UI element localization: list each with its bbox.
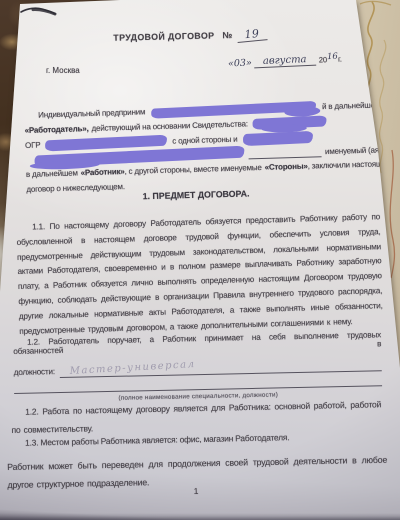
date-line: «03» августа 20 16 г.: [228, 53, 342, 70]
redaction-mark: [243, 130, 313, 145]
paper-sheet-wrap: ТРУДОВОЙ ДОГОВОР № 19 г. Москва «03» авг…: [0, 0, 400, 520]
intro-text: й в дальнейшем: [322, 100, 380, 111]
position-value-cell: Мастер-универсал: [60, 357, 382, 378]
photo-of-contract: ТРУДОВОЙ ДОГОВОР № 19 г. Москва «03» авг…: [0, 0, 400, 520]
intro-paragraph: Индивидуальный предприним й в дальнейшем…: [24, 97, 382, 197]
position-value-handwritten: Мастер-универсал: [70, 359, 196, 377]
date-year-suffix: г.: [338, 54, 342, 63]
redaction-mark: [151, 100, 316, 118]
intro-text: действующий на основании Свидетельства:: [91, 119, 248, 133]
paragraph-1-2-block: 1.2. Работодатель поручает, а Работник п…: [13, 330, 382, 404]
intro-text: Индивидуальный предприним: [38, 107, 145, 119]
blank-line: [248, 146, 321, 159]
intro-text-bold: «Работник»: [81, 167, 125, 177]
paragraph-1-1: 1.1. По настоящему договору Работодатель…: [16, 210, 383, 339]
position-line: должности: Мастер-универсал: [14, 357, 382, 379]
contract-title: ТРУДОВОЙ ДОГОВОР: [113, 30, 214, 42]
contract-title-row: ТРУДОВОЙ ДОГОВОР № 19: [40, 26, 340, 47]
intro-text-bold: «Работодатель»,: [25, 124, 89, 135]
intro-text: , заключили настоящий: [308, 159, 391, 170]
contract-number-handwritten: 19: [236, 26, 267, 43]
position-label: должности:: [14, 367, 55, 377]
intro-text: в дальнейшем: [26, 168, 78, 179]
date-day-handwritten: «03»: [228, 57, 252, 69]
number-sign: №: [222, 30, 232, 40]
date-year-handwritten: 16: [327, 52, 338, 62]
intro-text: с одной стороны и: [172, 135, 237, 146]
redaction-mark: [253, 115, 327, 129]
intro-text: именуемый (ая): [325, 145, 382, 156]
city-label: г. Москва: [46, 66, 80, 75]
pen-mark-icon: [18, 4, 60, 20]
intro-text: ОГР: [25, 141, 41, 150]
paper-sheet: ТРУДОВОЙ ДОГОВОР № 19 г. Москва «03» авг…: [0, 0, 400, 520]
intro-text: , с другой стороны, вместе именуемые: [124, 163, 261, 176]
date-month-handwritten: августа: [253, 54, 315, 69]
intro-text-bold: «Стороны»: [265, 162, 308, 172]
